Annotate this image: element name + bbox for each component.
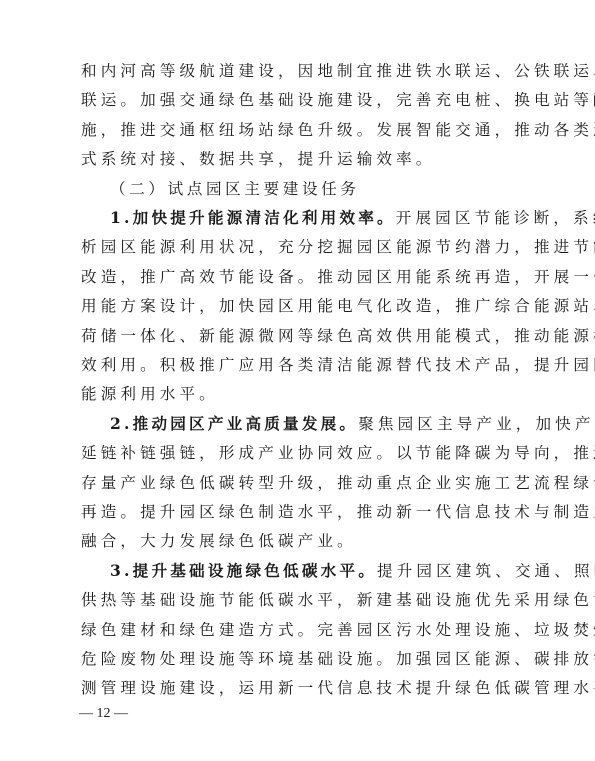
body-line: 联运。加强交通绿色基础设施建设，完善充电桩、换电站等配套设 bbox=[81, 90, 521, 110]
page-number: — 12 — bbox=[79, 705, 128, 723]
paragraph-2-text: 聚焦园区主导产业，加快产业链 bbox=[358, 415, 595, 433]
paragraph-2-title: 2.推动园区产业高质量发展。 bbox=[110, 414, 358, 433]
body-line: 再造。提升园区绿色制造水平，推动新一代信息技术与制造业深度 bbox=[81, 502, 521, 522]
body-line: 效利用。积极推广应用各类清洁能源替代技术产品，提升园区清洁 bbox=[81, 355, 521, 375]
paragraph-2-line: 2.推动园区产业高质量发展。聚焦园区主导产业，加快产业链 bbox=[110, 414, 550, 434]
body-line: 用能方案设计，加快园区用能电气化改造，推广综合能源站、源网 bbox=[81, 296, 521, 316]
body-line: 延链补链强链，形成产业协同效应。以节能降碳为导向，推进园区 bbox=[81, 443, 521, 463]
paragraph-1-line: 1.加快提升能源清洁化利用效率。开展园区节能诊断，系统分 bbox=[110, 208, 550, 228]
paragraph-3-text: 提升园区建筑、交通、照明、 bbox=[377, 562, 595, 580]
document-page: 和内河高等级航道建设，因地制宜推进铁水联运、公铁联运、海铁 联运。加强交通绿色基… bbox=[0, 0, 595, 761]
paragraph-1-title: 1.加快提升能源清洁化利用效率。 bbox=[110, 208, 396, 227]
paragraph-1-text: 开展园区节能诊断，系统分 bbox=[396, 209, 595, 227]
body-line: 能源利用水平。 bbox=[81, 384, 521, 404]
body-line: 荷储一体化、新能源微网等绿色高效供用能模式，推动能源梯级高 bbox=[81, 326, 521, 346]
paragraph-3-title: 3.提升基础设施绿色低碳水平。 bbox=[110, 561, 377, 580]
body-line: 融合，大力发展绿色低碳产业。 bbox=[81, 531, 521, 551]
body-line: 改造，推广高效节能设备。推动园区用能系统再造，开展一体化供 bbox=[81, 267, 521, 287]
body-line: 式系统对接、数据共享，提升运输效率。 bbox=[81, 149, 521, 169]
body-line: 绿色建材和绿色建造方式。完善园区污水处理设施、垃圾焚烧设施、 bbox=[81, 620, 521, 640]
body-line: 存量产业绿色低碳转型升级，推动重点企业实施工艺流程绿色低碳 bbox=[81, 473, 521, 493]
section-heading: （二）试点园区主要建设任务 bbox=[110, 179, 550, 199]
body-line: 测管理设施建设，运用新一代信息技术提升绿色低碳管理水平。 bbox=[81, 678, 521, 698]
body-line: 危险废物处理设施等环境基础设施。加强园区能源、碳排放智慧监 bbox=[81, 649, 521, 669]
body-line: 析园区能源利用状况，充分挖掘园区能源节约潜力，推进节能降碳 bbox=[81, 237, 521, 257]
body-line: 和内河高等级航道建设，因地制宜推进铁水联运、公铁联运、海铁 bbox=[81, 61, 521, 81]
body-line: 施，推进交通枢纽场站绿色升级。发展智能交通，推动各类运输方 bbox=[81, 120, 521, 140]
paragraph-3-line: 3.提升基础设施绿色低碳水平。提升园区建筑、交通、照明、 bbox=[110, 561, 550, 581]
body-line: 供热等基础设施节能低碳水平，新建基础设施优先采用绿色设计、 bbox=[81, 590, 521, 610]
